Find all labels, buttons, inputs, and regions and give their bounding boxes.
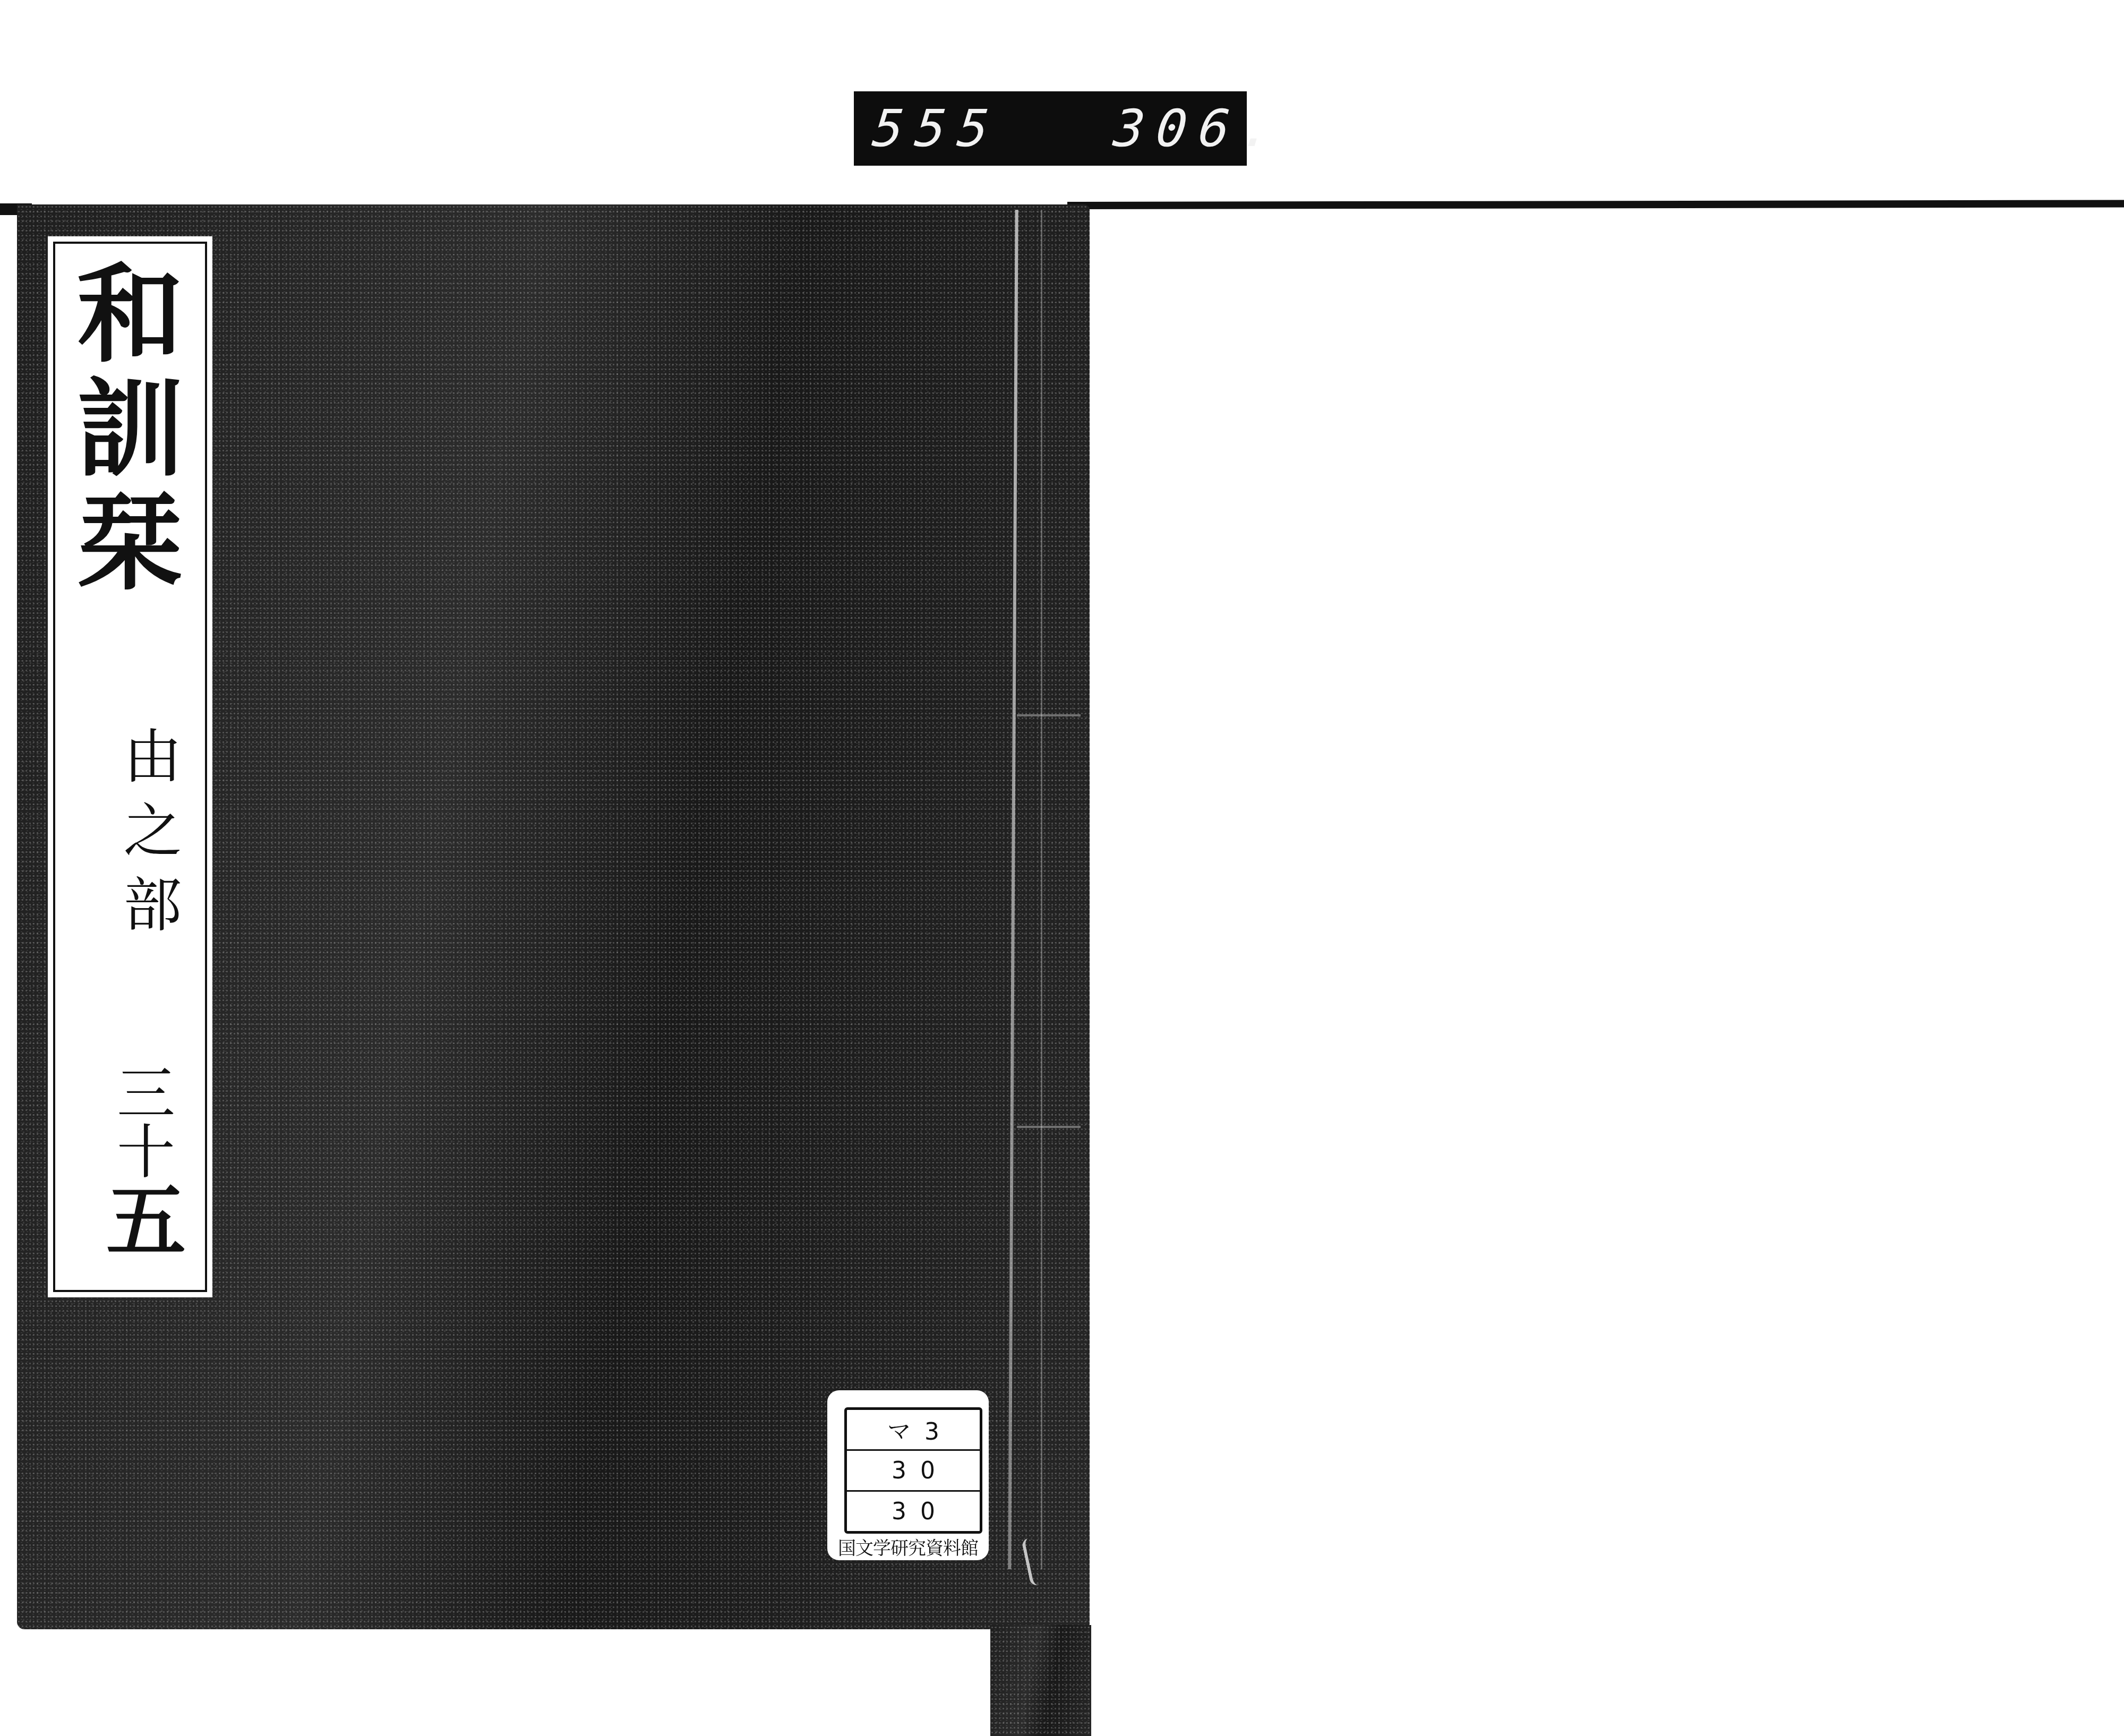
title-char: 訓 [77, 372, 183, 486]
call-number-row: マ3 [847, 1410, 980, 1449]
reel-number-right: 306. [1111, 99, 1287, 158]
title-char: 栞 [77, 486, 183, 600]
scan-edge-rule-right [1067, 200, 2124, 209]
section-char: 部 [124, 868, 182, 943]
call-number-box: マ3 30 30 [844, 1407, 982, 1534]
volume-char: 十 [117, 1123, 175, 1182]
volume-char: 三 [117, 1065, 175, 1123]
title-slip: 和 訓 栞 由 之 部 三 十 五 [48, 236, 212, 1297]
binding-stitch [1017, 714, 1081, 716]
title-char: 和 [77, 258, 183, 372]
book-title: 和 訓 栞 [48, 258, 212, 600]
section-char: 之 [124, 794, 182, 868]
call-number-row: 30 [847, 1449, 980, 1490]
reel-number-left: 555 [870, 99, 1003, 158]
volume-number: 三 十 五 [80, 1065, 212, 1261]
book-spine-lower-strip [990, 1625, 1091, 1736]
binding-thread-secondary [1041, 210, 1042, 1569]
call-number-row: 30 [847, 1490, 980, 1531]
section-title: 由 之 部 [93, 720, 212, 943]
microfilm-reel-number-label: 555 306. [854, 91, 1247, 166]
section-char: 由 [124, 720, 182, 794]
volume-char: 五 [106, 1182, 186, 1261]
library-call-number-label: マ3 30 30 国文学研究資料館 [827, 1390, 989, 1560]
binding-stitch [1017, 1126, 1081, 1128]
institution-name: 国文学研究資料館 [827, 1534, 989, 1560]
